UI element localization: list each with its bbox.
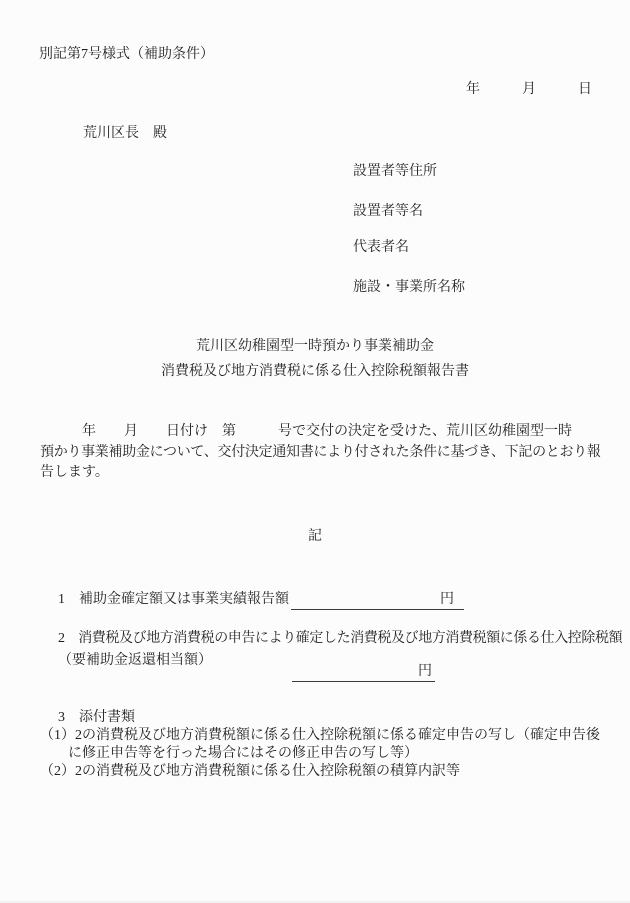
- field-label-facility-name: 施設・事業所名称: [353, 278, 465, 298]
- document-page: 別記第7号様式（補助条件） 年 月 日 荒川区長 殿 設置者等住所 設置者等名 …: [0, 0, 630, 903]
- item1-row: 1 補助金確定額又は事業実績報告額 円: [40, 590, 464, 610]
- attachment2-line1: （2）2の消費税及び地方消費税額に係る仕入控除税額の積算内訳等: [40, 762, 460, 782]
- item2-amount-field: 円: [292, 663, 435, 682]
- ki-marker: 記: [0, 527, 630, 547]
- item2-line2: （要補助金返還相当額）: [40, 651, 212, 671]
- body-paragraph-line1: 年 月 日付け 第 号で交付の決定を受けた、荒川区幼稚園型一時: [40, 422, 572, 442]
- body-paragraph-line3: 告します。: [40, 463, 109, 483]
- body-paragraph-line2: 預かり事業補助金について、交付決定通知書により付された条件に基づき、下記のとおり…: [40, 443, 601, 463]
- form-number-label: 別記第7号様式（補助条件）: [39, 45, 214, 65]
- item2-line1: 2 消費税及び地方消費税の申告により確定した消費税及び地方消費税額に係る仕入控除…: [40, 629, 622, 649]
- item1-label: 1 補助金確定額又は事業実績報告額: [40, 590, 289, 610]
- doc-title-line1: 荒川区幼稚園型一時預かり事業補助金: [0, 337, 630, 357]
- field-label-representative-name: 代表者名: [353, 238, 409, 258]
- field-label-setter-address: 設置者等住所: [353, 162, 437, 182]
- doc-title-line2: 消費税及び地方消費税に係る仕入控除税額報告書: [0, 362, 630, 382]
- item2-unit-label: 円: [418, 664, 432, 679]
- attachment1-line2: に修正申告等を行った場合にはその修正申告の写し等）: [68, 744, 418, 764]
- item1-amount-field: 円: [291, 591, 464, 610]
- date-line: 年 月 日: [466, 80, 592, 100]
- field-label-setter-name: 設置者等名: [353, 202, 423, 222]
- attachment1-line1: （1）2の消費税及び地方消費税額に係る仕入控除税額に係る確定申告の写し（確定申告…: [40, 726, 600, 746]
- addressee: 荒川区長 殿: [83, 124, 167, 144]
- item3-label: 3 添付書類: [40, 708, 135, 728]
- item1-unit-label: 円: [440, 592, 454, 607]
